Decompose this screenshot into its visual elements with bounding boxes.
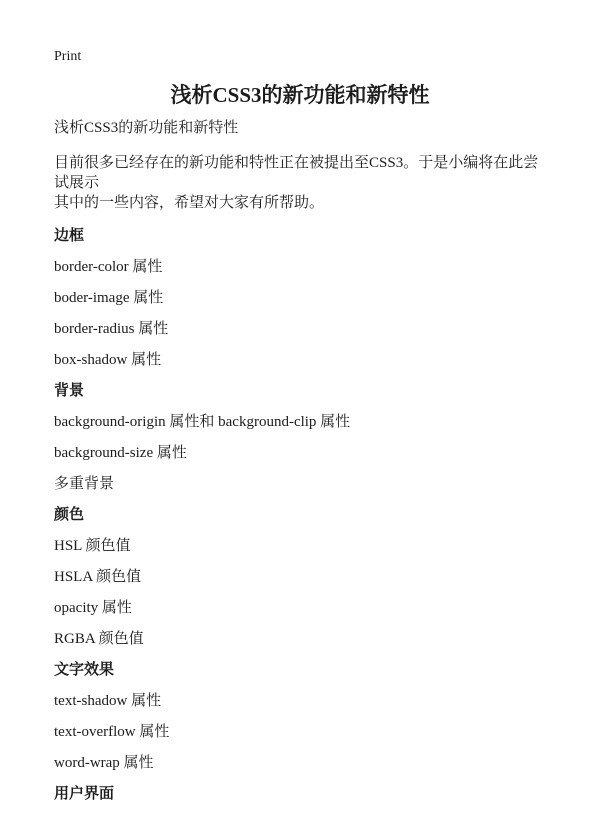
list-item: RGBA 颜色值 xyxy=(54,631,546,647)
list-item: background-size 属性 xyxy=(54,445,546,461)
list-item: background-origin 属性和 background-clip 属性 xyxy=(54,414,546,430)
list-item: HSL 颜色值 xyxy=(54,538,546,554)
list-item: 多重背景 xyxy=(54,476,546,492)
print-link[interactable]: Print xyxy=(54,49,81,65)
list-item: boder-image 属性 xyxy=(54,290,546,306)
list-item: HSLA 颜色值 xyxy=(54,569,546,585)
page-title: 浅析CSS3的新功能和新特性 xyxy=(54,83,546,107)
section-heading-background: 背景 xyxy=(54,383,546,399)
section-heading-text-effects: 文字效果 xyxy=(54,662,546,678)
list-item: opacity 属性 xyxy=(54,600,546,616)
list-item: border-color 属性 xyxy=(54,259,546,275)
document-subtitle: 浅析CSS3的新功能和新特性 xyxy=(54,120,546,136)
section-heading-user-interface: 用户界面 xyxy=(54,786,546,802)
list-item: text-shadow 属性 xyxy=(54,693,546,709)
intro-line: 其中的一些内容，希望对大家有所帮助。 xyxy=(54,193,546,213)
list-item: box-shadow 属性 xyxy=(54,352,546,368)
list-item: text-overflow 属性 xyxy=(54,724,546,740)
intro-paragraph: 目前很多已经存在的新功能和特性正在被提出至CSS3。于是小编将在此尝试展示 其中… xyxy=(54,153,546,213)
list-item: word-wrap 属性 xyxy=(54,755,546,771)
section-heading-color: 颜色 xyxy=(54,507,546,523)
intro-line: 目前很多已经存在的新功能和特性正在被提出至CSS3。于是小编将在此尝试展示 xyxy=(54,153,546,193)
list-item: border-radius 属性 xyxy=(54,321,546,337)
section-heading-border: 边框 xyxy=(54,228,546,244)
document-page: Print 浅析CSS3的新功能和新特性 浅析CSS3的新功能和新特性 目前很多… xyxy=(0,0,600,828)
